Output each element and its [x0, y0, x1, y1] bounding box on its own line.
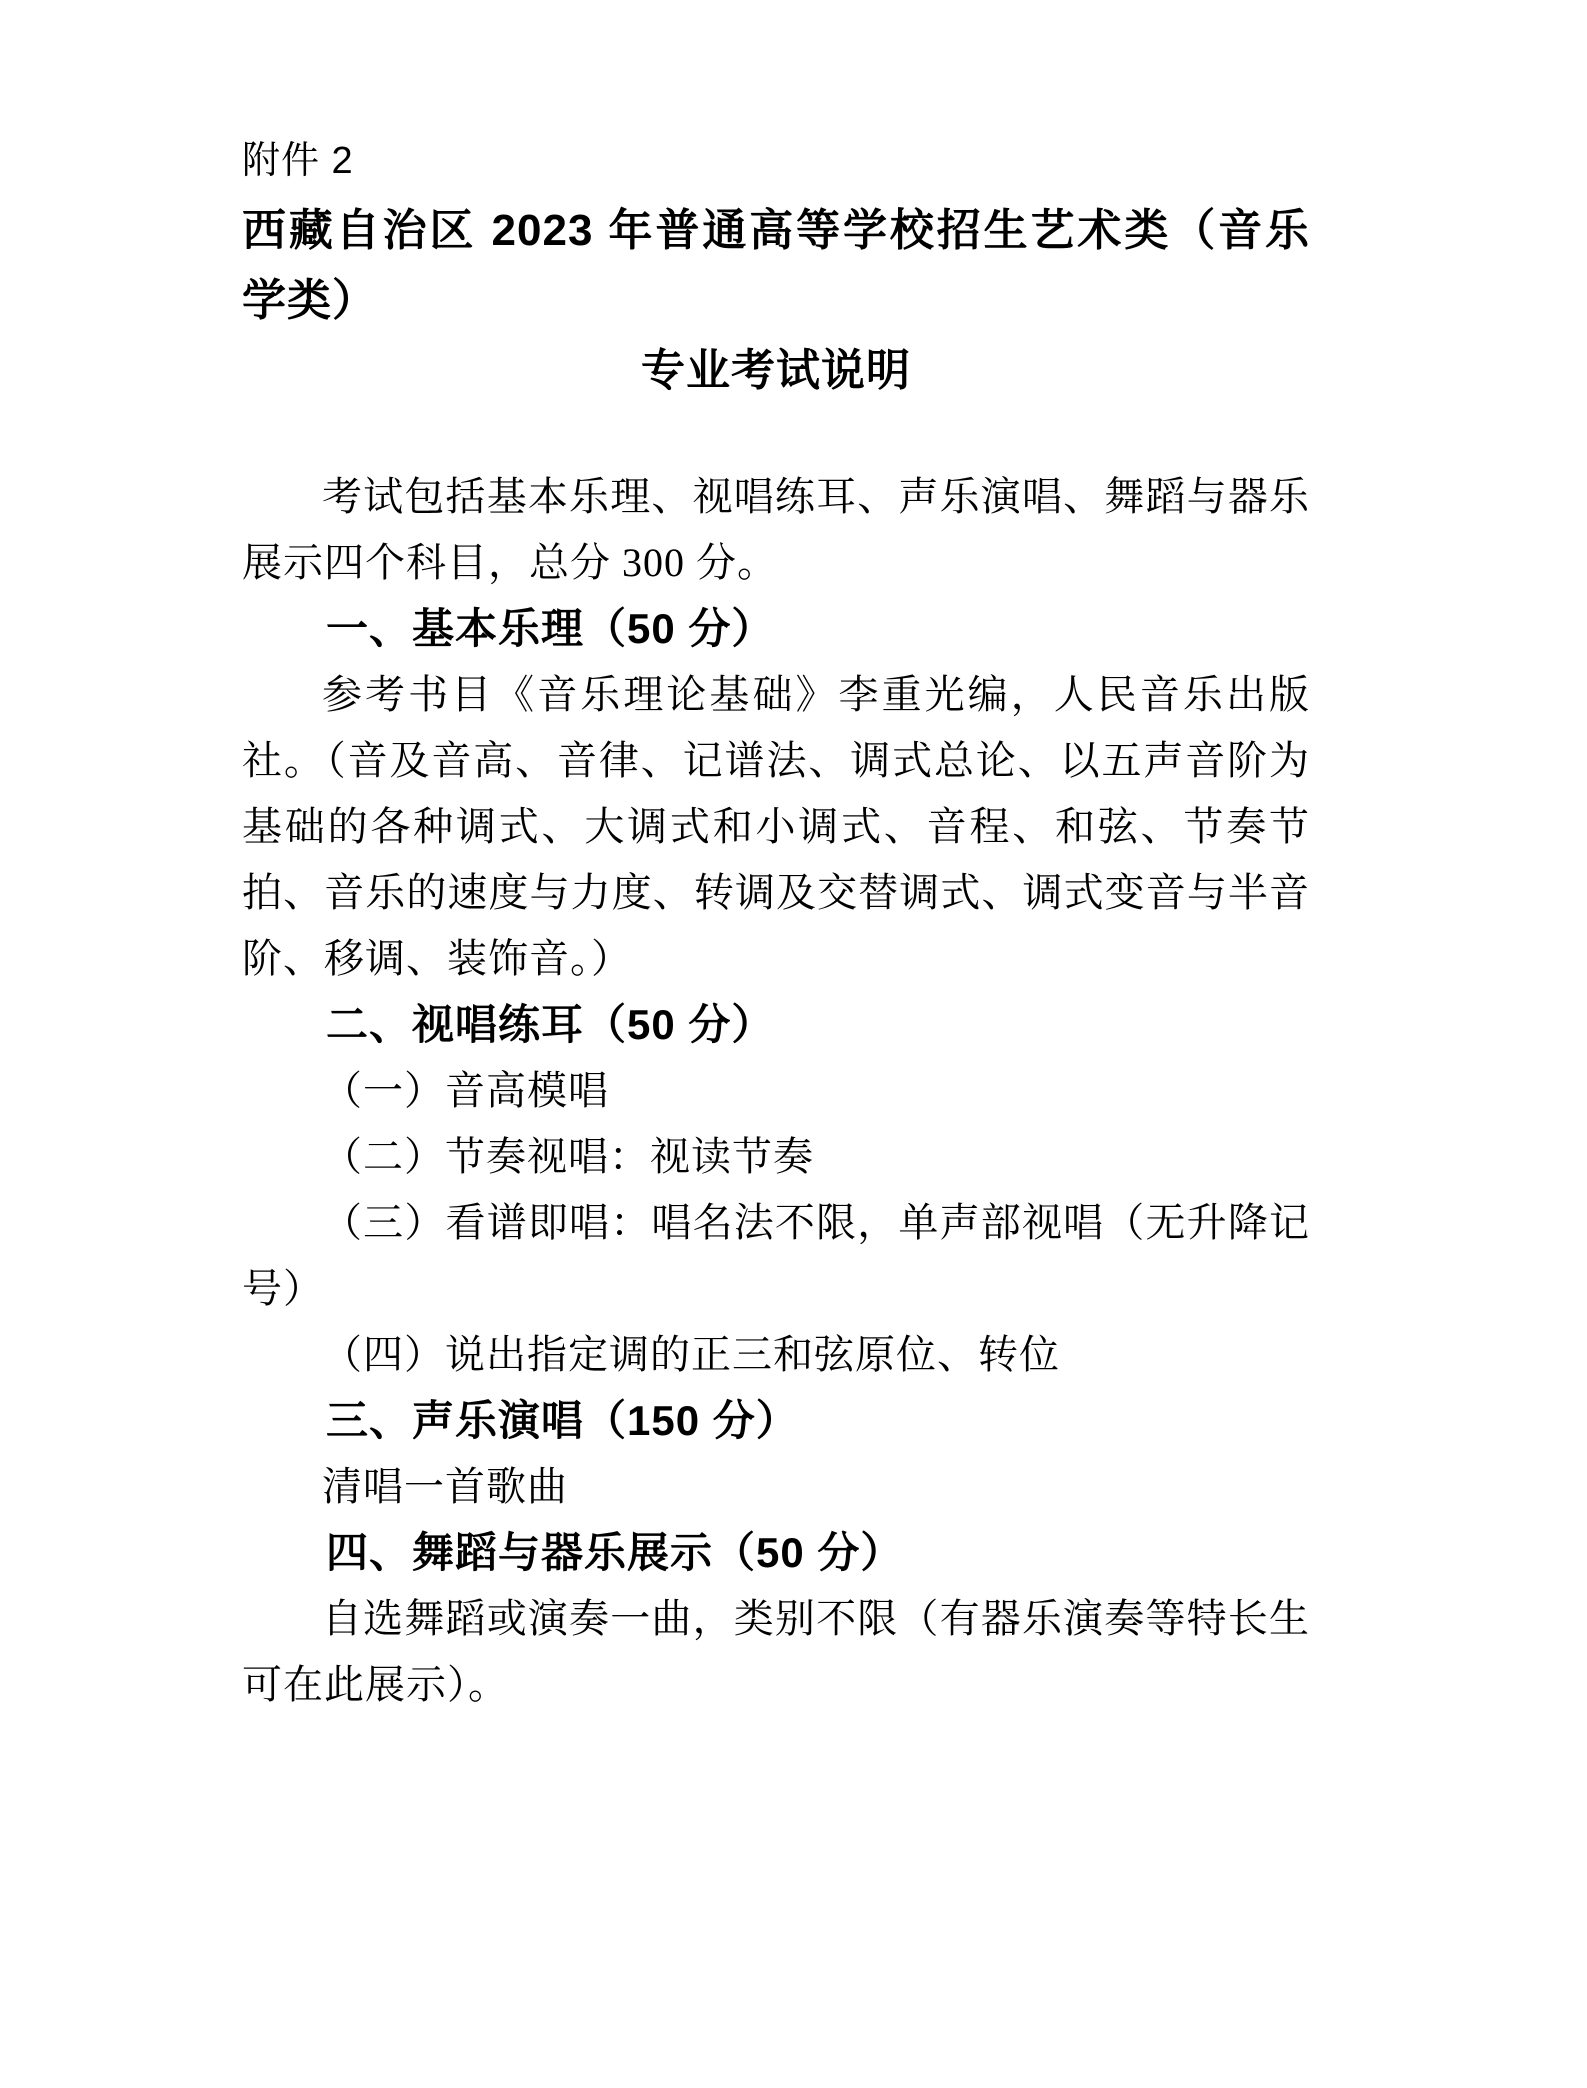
- document-page: 附件 2 西藏自治区 2023 年普通高等学校招生艺术类（音乐学类） 专业考试说…: [0, 0, 1587, 2088]
- document-subtitle: 专业考试说明: [242, 336, 1310, 406]
- document-content: 附件 2 西藏自治区 2023 年普通高等学校招生艺术类（音乐学类） 专业考试说…: [242, 126, 1310, 1718]
- paragraph-self-selected-performance: 自选舞蹈或演奏一曲，类别不限（有器乐演奏等特长生可在此展示）。: [242, 1586, 1310, 1718]
- document-title: 西藏自治区 2023 年普通高等学校招生艺术类（音乐学类）: [242, 196, 1310, 336]
- section-heading-dance-instrument-display: 四、舞蹈与器乐展示（50 分）: [242, 1520, 1310, 1586]
- document-body: 考试包括基本乐理、视唱练耳、声乐演唱、舞蹈与器乐展示四个科目，总分 300 分。…: [242, 464, 1310, 1718]
- attachment-label: 附件 2: [242, 126, 1310, 196]
- list-item-score-sight-singing: （三）看谱即唱：唱名法不限，单声部视唱（无升降记号）: [242, 1190, 1310, 1322]
- paragraph-reference-books: 参考书目《音乐理论基础》李重光编，人民音乐出版社。（音及音高、音律、记谱法、调式…: [242, 662, 1310, 992]
- section-heading-vocal-performance: 三、声乐演唱（150 分）: [242, 1388, 1310, 1454]
- paragraph-exam-overview: 考试包括基本乐理、视唱练耳、声乐演唱、舞蹈与器乐展示四个科目，总分 300 分。: [242, 464, 1310, 596]
- list-item-rhythm-sight-singing: （二）节奏视唱：视读节奏: [242, 1124, 1310, 1190]
- section-heading-basic-music-theory: 一、基本乐理（50 分）: [242, 596, 1310, 662]
- list-item-pitch-imitation: （一）音高模唱: [242, 1058, 1310, 1124]
- paragraph-sing-one-song: 清唱一首歌曲: [242, 1454, 1310, 1520]
- section-heading-sight-singing-ear-training: 二、视唱练耳（50 分）: [242, 992, 1310, 1058]
- list-item-triad-positions: （四）说出指定调的正三和弦原位、转位: [242, 1322, 1310, 1388]
